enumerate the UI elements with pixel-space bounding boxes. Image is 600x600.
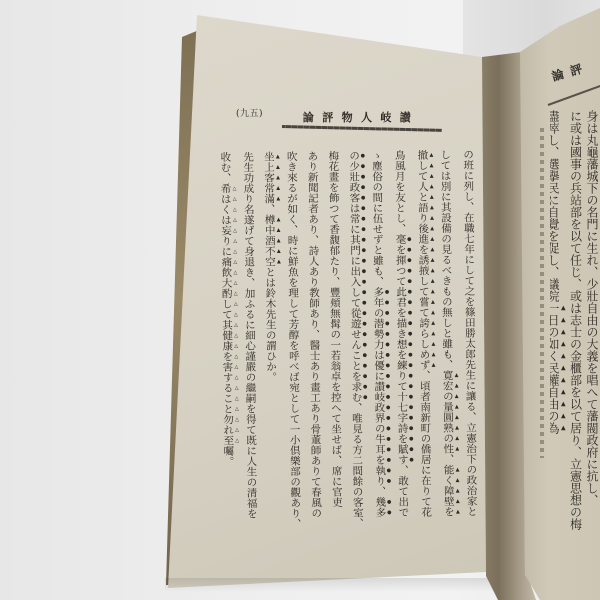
emphasized-text-segment: の少壯政客は常に其門に出入して從遊せんことを求む <box>348 150 363 402</box>
text-segment: 收む、 <box>219 152 231 184</box>
text-column: 梅花畫を飾つて香馥郁たり、豐頬無髯の一若翁卓を控へて坐せば、席に官吏 <box>322 150 347 532</box>
text-segment: 先生功成り名遂げて身退き、加ふるに細心謹嚴の繼嗣を得て既に人生の清福を <box>242 151 258 519</box>
emphasized-text-segment: 坐上客常滿、樽中酒不空 <box>263 151 276 267</box>
emphasized-text-segment: 寛宏の量圓熟の性、能く障壁を <box>442 370 456 517</box>
text-segment: 、敢て出で <box>397 465 410 518</box>
text-column: の少壯政客は常に其門に出入して從遊せんことを求む、唯見る方二間餘の客室、 <box>343 150 370 532</box>
text-segment: 盡瘁し、選擧民に自覺を促し、議院 <box>550 110 560 302</box>
text-segment: 鳥風月を友とし、 <box>394 150 407 234</box>
text-column: 先生功成り名遂げて身退き、加ふるに細心謹嚴の繼嗣を得て既に人生の清福を <box>237 151 262 533</box>
text-segment: しては別に其設備の見るべきもの無しと雖も、 <box>439 149 453 370</box>
text-column: しては別に其設備の見るべきもの無しと雖も、寛宏の量圓熟の性、能く障壁を <box>434 149 461 531</box>
text-column: に或は國事の兵站部を以て任じ、或は志士の金櫃部を以て居り、立憲思想の梅 <box>567 110 584 580</box>
facing-page-body-text: 身は丸龜藩城下の名門に生れ、少壯自由の大義を唱へて藩閥政府に抗し、 に或は國事の… <box>550 110 600 580</box>
running-head: 讃岐人物評論 <box>298 109 424 125</box>
page-number: (九五) <box>236 106 263 119</box>
text-column: の班に列し、在職七年にして之を篠田勝太郎先生に讓る、立憲治下の政治家と <box>457 149 482 531</box>
text-segment: ゝ塵俗の間に伍せずと雖も、 <box>371 150 384 287</box>
text-segment: とは鈴木先生の謂ひか。 <box>264 267 277 383</box>
page-bottom-shadow <box>165 578 505 592</box>
text-segment: 身は丸龜藩城下の名門に生れ、少壯自由の大義を唱へて藩閥政府に抗し、 <box>585 110 599 506</box>
text-segment: に或は國事の兵站部を以て任じ、或は志士の金櫃部を以て居り、立憲思想の梅 <box>569 110 583 530</box>
text-segment: 囑。 <box>222 446 234 467</box>
text-column: ゝ塵俗の間に伍せずと雖も、多年の潜勢力は優に讃岐政界の牛耳を執り、幾多 <box>366 150 393 532</box>
text-column: 吹き來るが如く、時に鮮魚を理して芳醇を呼べば宛として一小倶樂部の觀あり、 <box>281 151 306 533</box>
text-segment: あり新聞記者あり、詩人あり教師あり、醫士あり畫工あり骨董師ありて春風の <box>306 151 322 519</box>
text-column: 撤して人と語り後進を誘掖して嘗て誇らしめず、頃者南新町の僑居に在りて花 <box>412 149 439 531</box>
text-segment: 、唯見る方二間餘の客室、 <box>351 402 364 528</box>
text-segment: 梅花畫を飾つて香馥郁たり、豐頬無髯の一若翁卓を控へて坐せば、席に官吏 <box>327 150 343 507</box>
text-segment: 、頃者南新町の僑居に在りて花 <box>419 370 433 517</box>
emphasized-text-segment: 多年の潜勢力は優に讃岐政界の牛耳を執り、幾多 <box>372 286 386 517</box>
emphasized-text-segment: 一日の如く民權自由の為 <box>550 302 560 434</box>
emphasized-text-segment: 撤して人と語り後進を誘掖して嘗て誇らしめず <box>416 150 430 371</box>
text-column: 收む、希はくは妄りに痛飲大酌して其健康を害すること勿れ至囑。 <box>214 152 241 534</box>
body-text: の班に列し、在職七年にして之を篠田勝太郎先生に讓る、立憲治下の政治家と しては別… <box>228 149 482 537</box>
emphasized-text-segment: 希はくは妄りに痛飲大酌して其健康を害すること勿れ至 <box>220 183 235 446</box>
illegible-fine-print-column <box>540 128 544 458</box>
text-column: 坐上客常滿、樽中酒不空とは鈴木先生の謂ひか。 <box>258 151 285 533</box>
text-segment: の班に列し、在職七年にして之を篠田勝太郎先生に讓る、立憲治下の政治家と <box>462 149 478 517</box>
text-column: 鳥風月を友とし、毫を揮つて此君を描き想を練りて十七字詩を賦す、敢て出で <box>389 150 416 532</box>
text-segment: 吹き來るが如く、時に鮮魚を理して芳醇を呼べば宛として一小倶樂部の觀あり、 <box>286 151 302 529</box>
emphasized-text-segment: 毫を揮つて此君を描き想を練りて十七字詩を賦す <box>394 234 408 465</box>
text-column: 身は丸龜藩城下の名門に生れ、少壯自由の大義を唱へて藩閥政府に抗し、 <box>584 110 600 580</box>
text-column: 盡瘁し、選擧民に自覺を促し、議院一日の如く民權自由の為 <box>550 110 567 580</box>
